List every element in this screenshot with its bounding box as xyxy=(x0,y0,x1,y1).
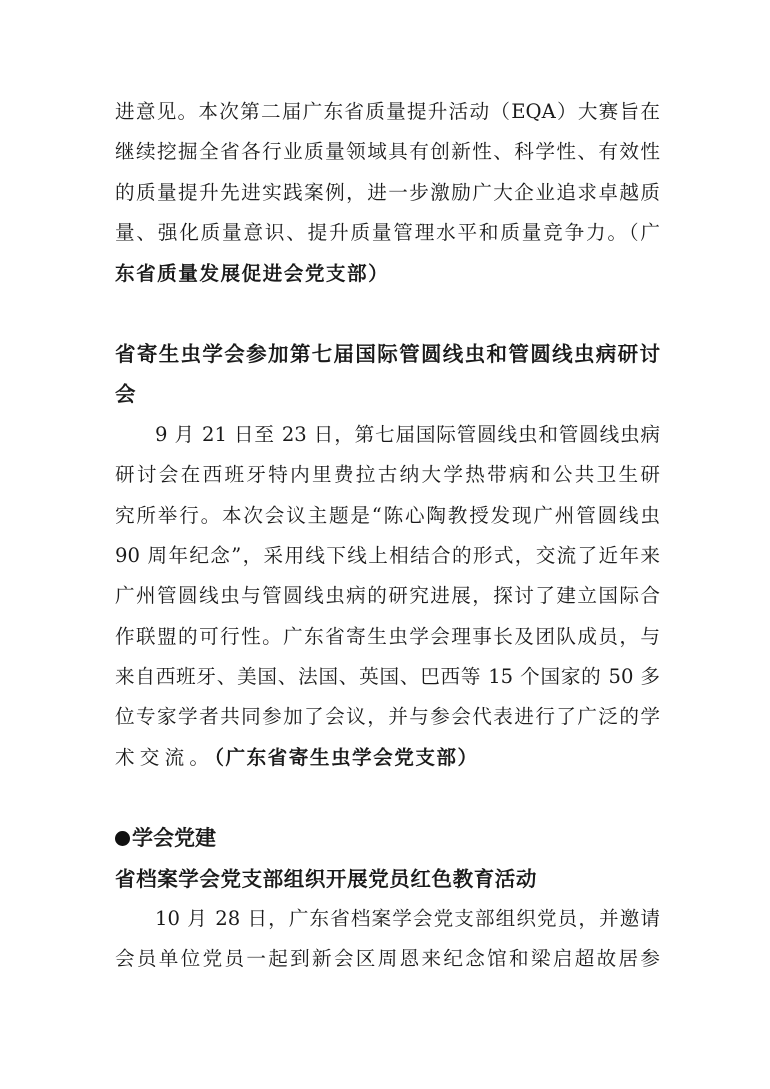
body-line: 究所举行。本次会议主题是“陈心陶教授发现广州管圆线虫 xyxy=(115,496,660,536)
document-page: 进意见。本次第二届广东省质量提升活动（EQA）大赛旨在 继续挖掘全省各行业质量领… xyxy=(115,92,660,980)
body-line: 90 周年纪念”，采用线下线上相结合的形式，交流了近年来 xyxy=(115,536,660,576)
body-line: 的质量提升先进实践案例，进一步激励广大企业追求卓越质 xyxy=(115,173,660,213)
article-source: （广东省寄生虫学会党支部） xyxy=(214,746,478,769)
body-text: 术交流。 xyxy=(115,746,214,769)
article-source: 东省质量发展促进会党支部） xyxy=(115,254,660,294)
bullet-icon xyxy=(115,831,130,846)
section-title: 学会党建 xyxy=(132,825,216,850)
body-line: 研讨会在西班牙特内里费拉古纳大学热带病和公共卫生研 xyxy=(115,455,660,495)
body-line: 广州管圆线虫与管圆线虫病的研究进展，探讨了建立国际合 xyxy=(115,576,660,616)
article-title: 省档案学会党支部组织开展党员红色教育活动 xyxy=(115,859,660,899)
article-qa-eqa: 进意见。本次第二届广东省质量提升活动（EQA）大赛旨在 继续挖掘全省各行业质量领… xyxy=(115,92,660,294)
body-line: 继续挖掘全省各行业质量领域具有创新性、科学性、有效性 xyxy=(115,132,660,172)
section-header: 学会党建 xyxy=(115,818,660,858)
body-line: 量、强化质量意识、提升质量管理水平和质量竞争力。（广 xyxy=(115,213,660,253)
body-line: 作联盟的可行性。广东省寄生虫学会理事长及团队成员，与 xyxy=(115,617,660,657)
body-line: 9 月 21 日至 23 日，第七届国际管圆线虫和管圆线虫病 xyxy=(115,415,660,455)
body-line-last: 术交流。（广东省寄生虫学会党支部） xyxy=(115,738,660,778)
body-line: 来自西班牙、美国、法国、英国、巴西等 15 个国家的 50 多 xyxy=(115,657,660,697)
spacer xyxy=(115,778,660,818)
article-title: 省寄生虫学会参加第七届国际管圆线虫和管圆线虫病研讨 xyxy=(115,334,660,374)
spacer xyxy=(115,294,660,334)
body-line: 进意见。本次第二届广东省质量提升活动（EQA）大赛旨在 xyxy=(115,92,660,132)
article-title: 会 xyxy=(115,374,660,414)
body-line: 位专家学者共同参加了会议，并与参会代表进行了广泛的学 xyxy=(115,697,660,737)
body-line: 10 月 28 日，广东省档案学会党支部组织党员，并邀请 xyxy=(115,899,660,939)
body-line: 会员单位党员一起到新会区周恩来纪念馆和梁启超故居参 xyxy=(115,939,660,979)
article-parasitology: 省寄生虫学会参加第七届国际管圆线虫和管圆线虫病研讨 会 9 月 21 日至 23… xyxy=(115,334,660,778)
article-archives: 省档案学会党支部组织开展党员红色教育活动 10 月 28 日，广东省档案学会党支… xyxy=(115,859,660,980)
